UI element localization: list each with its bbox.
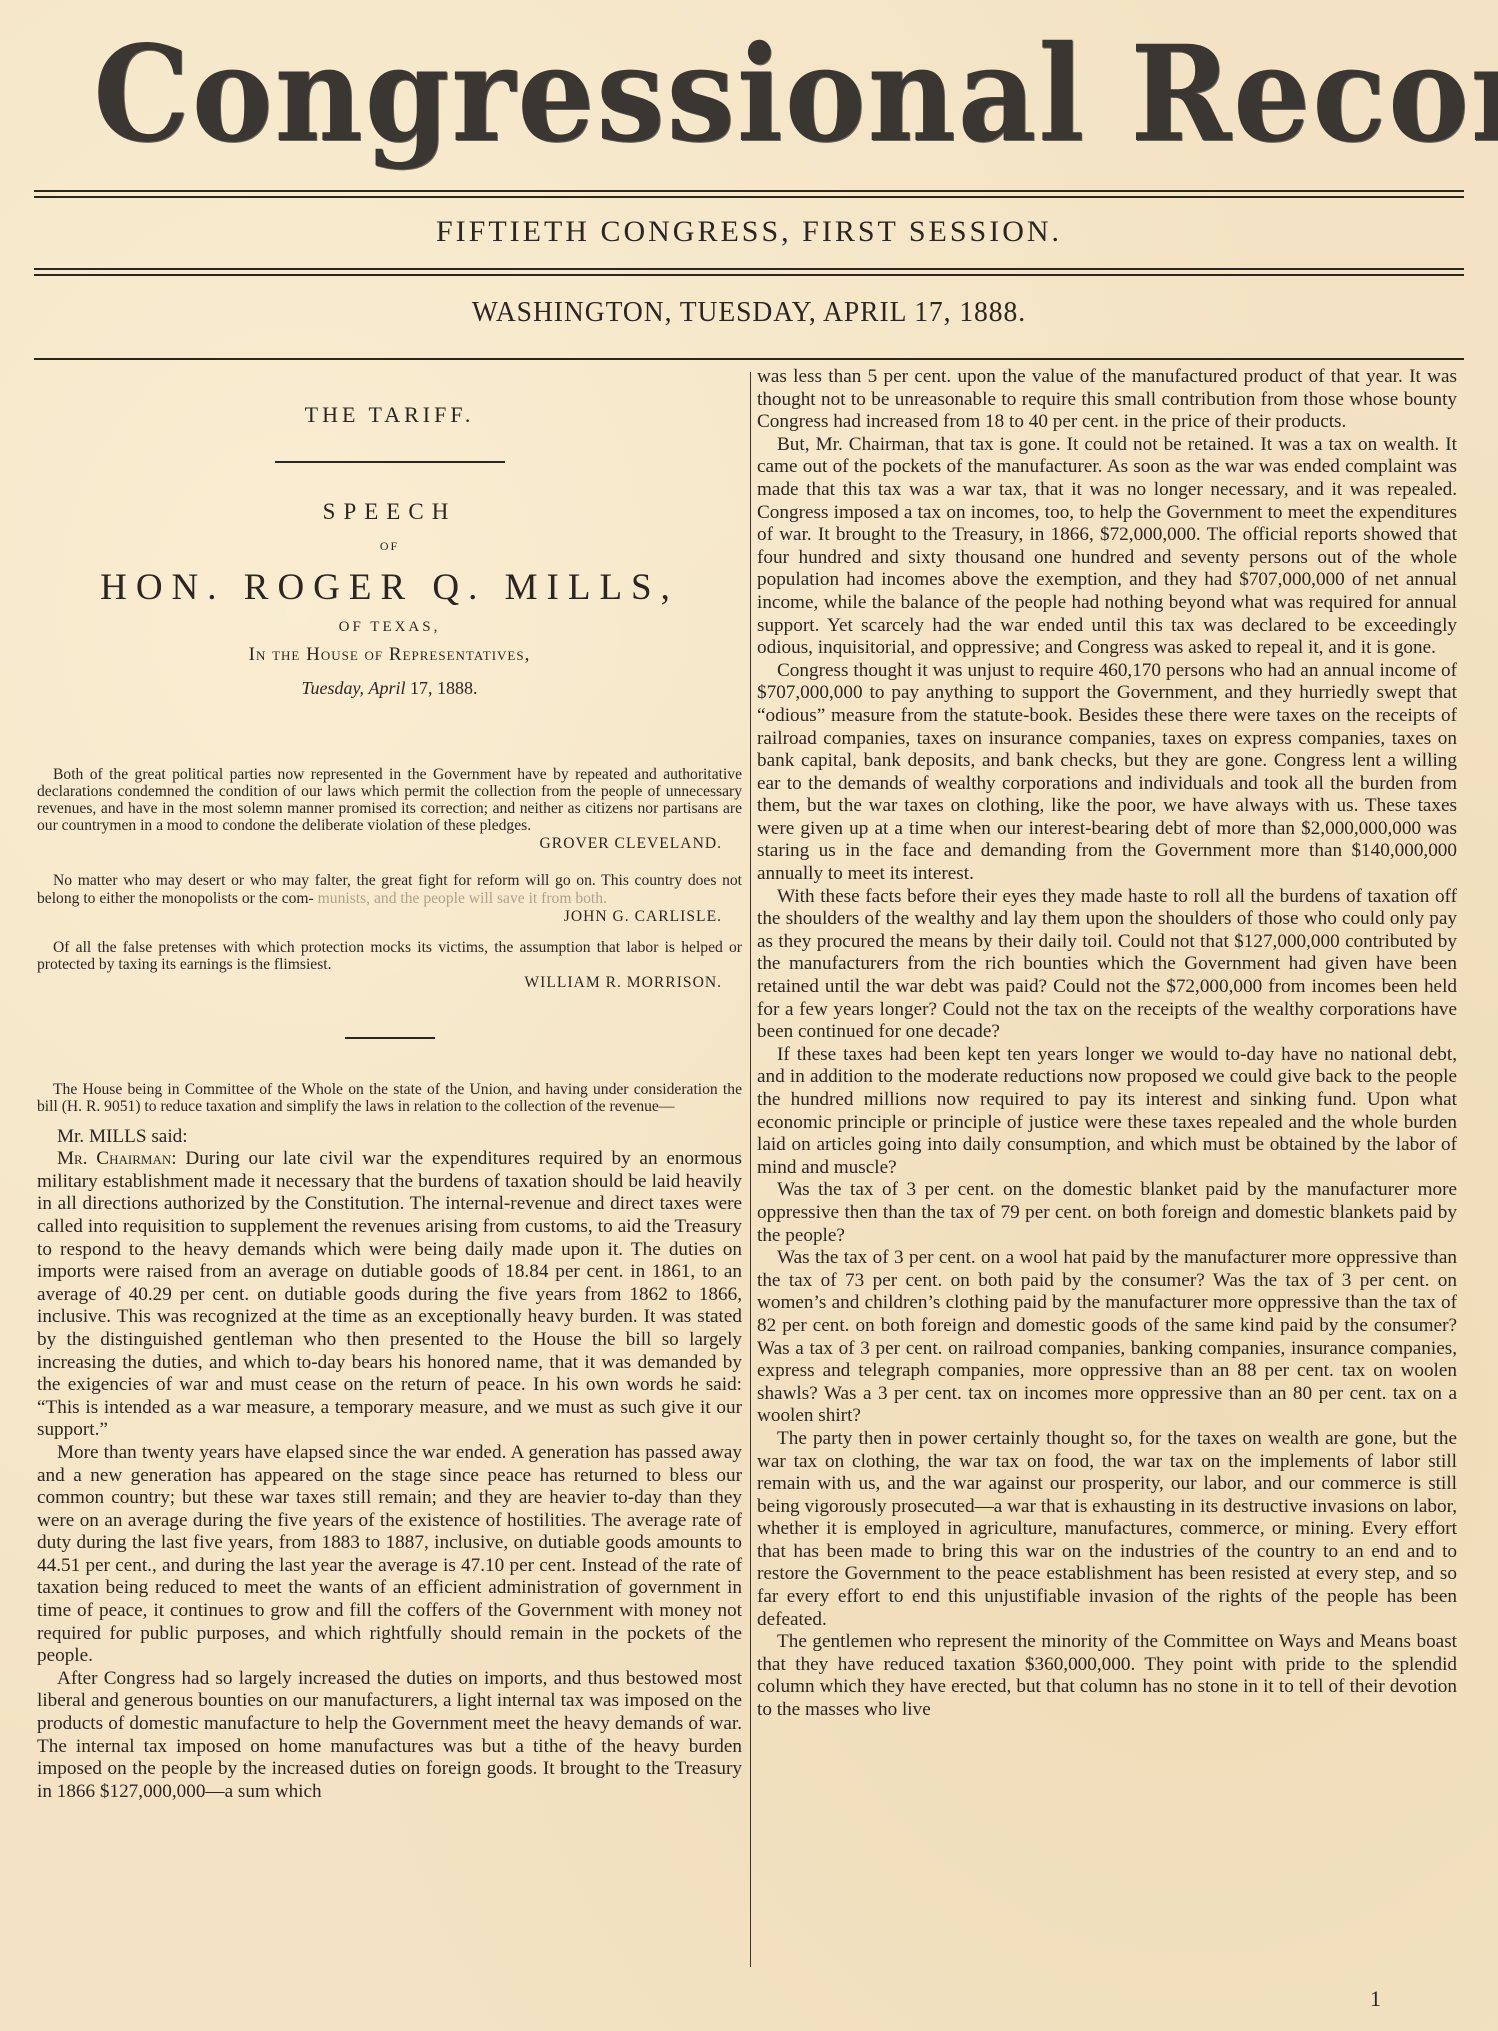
epigraph-text-faded: munists, and the people will save it fro… [318, 890, 607, 907]
session-rule [34, 268, 1464, 276]
epigraph-morrison: Of all the false pretenses with which pr… [37, 939, 742, 993]
topic-rule [275, 461, 505, 463]
salutation: Mr. Chairman: [57, 1148, 177, 1169]
speaker-state: OF TEXAS, [37, 616, 742, 639]
masthead: Congressional Record. [36, 10, 1466, 180]
epigraph-author: WILLIAM R. MORRISON. [37, 973, 742, 993]
congress-session: FIFTIETH CONGRESS, FIRST SESSION. [34, 212, 1464, 252]
masthead-title: Congressional Record. [93, 10, 1409, 180]
section-rule [345, 1037, 435, 1039]
newspaper-page: Congressional Record. FIFTIETH CONGRESS,… [0, 0, 1498, 2031]
epigraph-author: JOHN G. CARLISLE. [37, 907, 742, 927]
paragraph-text: During our late civil war the expenditur… [37, 1148, 742, 1440]
speech-paragraph: Was the tax of 3 per cent. on a wool hat… [757, 1247, 1457, 1428]
speech-date-rest: 17, 1888. [410, 678, 478, 698]
speaker-intro: Mr. MILLS said: [37, 1126, 742, 1149]
speech-date-month: April [369, 678, 406, 698]
speech-paragraph: If these taxes had been kept ten years l… [757, 1044, 1457, 1180]
epigraph-text: Of all the false pretenses with which pr… [37, 939, 742, 973]
speech-paragraph: The gentlemen who represent the minority… [757, 1631, 1457, 1721]
epigraph-text: No matter who may desert or who may falt… [37, 872, 742, 906]
epigraph-cleveland: Both of the great political parties now … [37, 766, 742, 855]
right-column: was less than 5 per cent. upon the value… [757, 366, 1457, 1722]
speech-paragraph-continued: was less than 5 per cent. upon the value… [757, 366, 1457, 434]
speech-paragraph: The party then in power certainly though… [757, 1428, 1457, 1631]
article-topic: THE TARIFF. [37, 404, 742, 427]
dateline-rule [34, 358, 1464, 360]
masthead-rule-top [34, 190, 1464, 198]
epigraph-carlisle: No matter who may desert or who may falt… [37, 872, 742, 926]
column-divider [750, 372, 751, 1967]
epigraph-author: GROVER CLEVELAND. [37, 834, 742, 854]
epigraph-text: Both of the great political parties now … [37, 766, 742, 835]
speech-paragraph: With these facts before their eyes they … [757, 886, 1457, 1044]
page-number: 1 [1370, 1986, 1381, 2012]
speech-paragraph: Was the tax of 3 per cent. on the domest… [757, 1179, 1457, 1247]
speech-date: Tuesday, April 17, 1888. [37, 677, 742, 700]
preamble: The House being in Committee of the Whol… [37, 1081, 742, 1115]
speech-paragraph: More than twenty years have elapsed sinc… [37, 1442, 742, 1668]
speech-paragraph: After Congress had so largely increased … [37, 1668, 742, 1804]
speaker-name: HON. ROGER Q. MILLS, [37, 566, 742, 610]
chamber: In the House of Representatives, [37, 644, 742, 667]
speech-paragraph: Mr. Chairman: During our late civil war … [37, 1148, 742, 1442]
dateline: WASHINGTON, TUESDAY, APRIL 17, 1888. [70, 292, 1429, 332]
speech-label: SPEECH [37, 501, 742, 524]
speech-paragraph: But, Mr. Chairman, that tax is gone. It … [757, 434, 1457, 660]
speech-date-weekday: Tuesday, [301, 678, 364, 698]
speech-paragraph: Congress thought it was unjust to requir… [757, 660, 1457, 886]
left-column: THE TARIFF. SPEECH OF HON. ROGER Q. MILL… [37, 366, 742, 1803]
of-label: OF [37, 535, 742, 558]
